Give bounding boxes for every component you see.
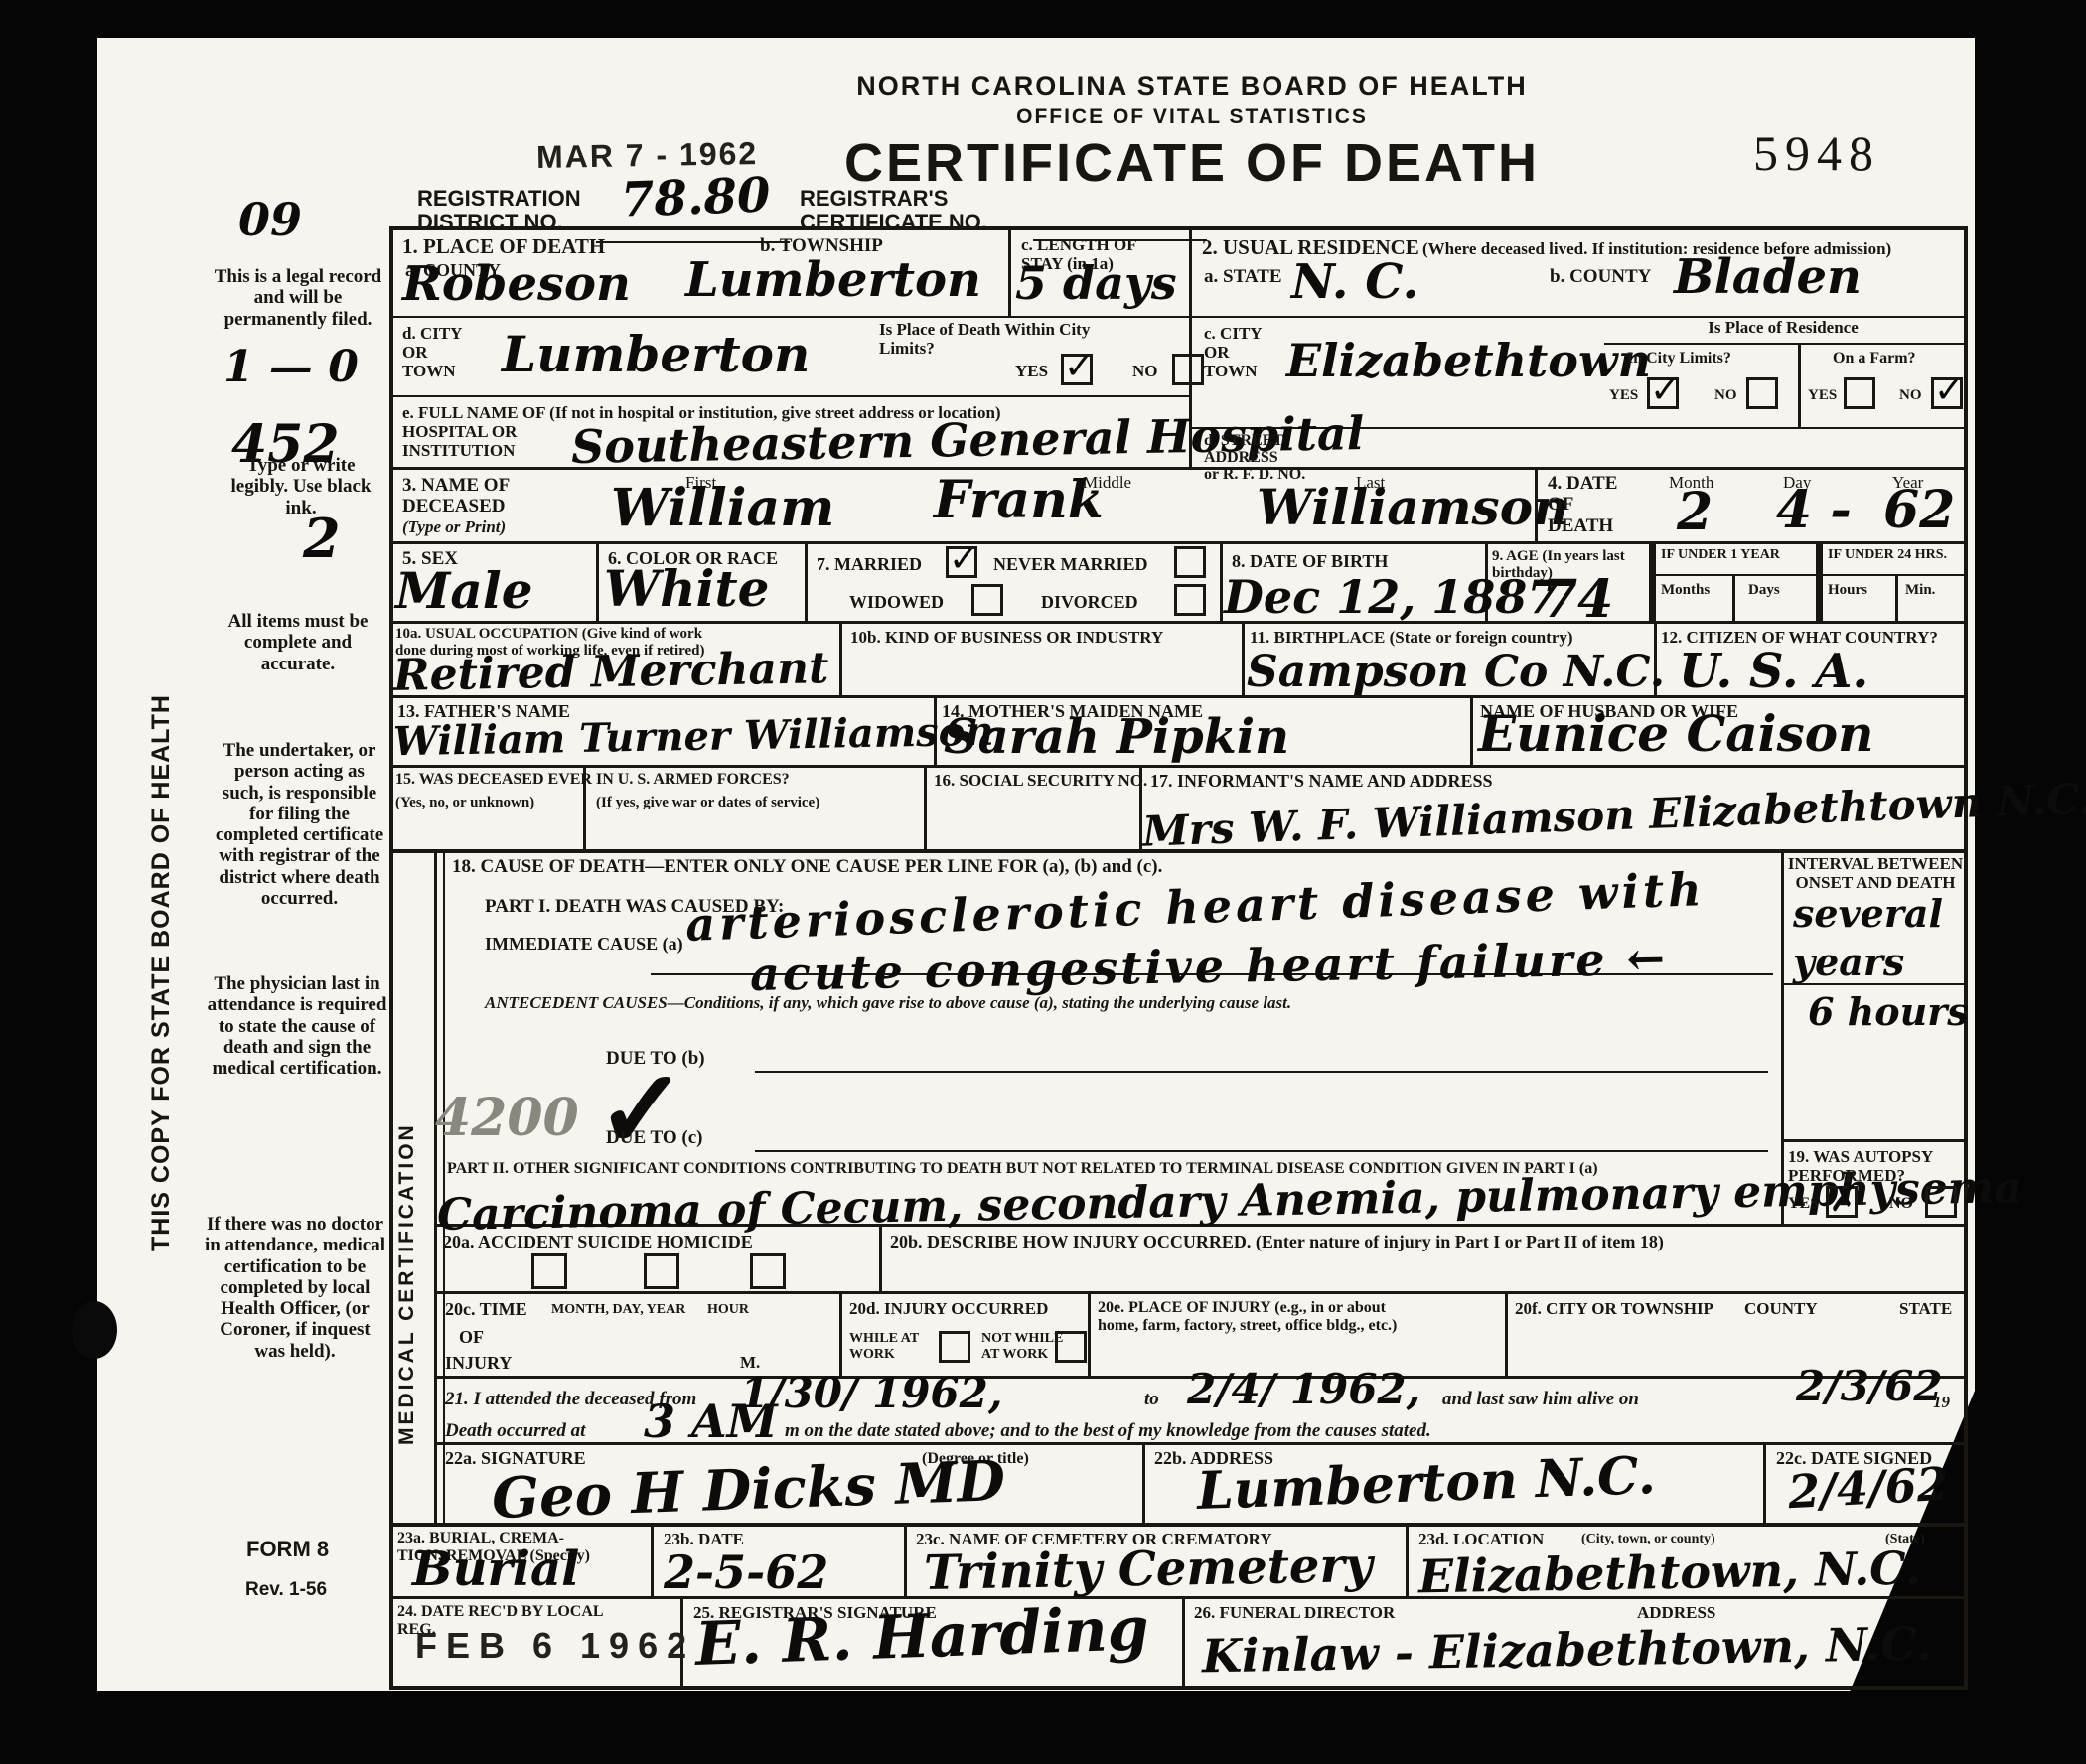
dod-year-value: 62	[1883, 485, 1955, 536]
divider	[389, 395, 1189, 397]
divider	[596, 541, 599, 621]
divider	[1505, 1291, 1508, 1376]
place-limits-yes-checkbox: ✓	[1061, 354, 1093, 385]
ssn-label: 16. SOCIAL SECURITY NO.	[934, 771, 1147, 790]
name-first-value: William	[611, 483, 834, 534]
place-limits-yes-label: YES	[1015, 362, 1048, 380]
accident-suicide-homicide-label: 20a. ACCIDENT SUICIDE HOMICIDE	[443, 1232, 753, 1251]
margin-note-no-doctor: If there was no doctor in attendance, me…	[203, 1214, 387, 1362]
residence-city-value: Elizabethtown	[1286, 338, 1651, 383]
margin-note-physician: The physician last in attendance is requ…	[207, 973, 387, 1079]
autopsy-no-checkbox	[1925, 1186, 1957, 1218]
date-received-stamp: FEB 6 1962	[415, 1625, 695, 1667]
divider	[434, 849, 437, 1523]
accident-checkbox	[531, 1253, 567, 1289]
name-note: (Type or Print)	[402, 517, 506, 536]
autopsy-label: 19. WAS AUTOPSY PERFORMED?	[1788, 1147, 1933, 1185]
divorced-label: DIVORCED	[1041, 592, 1138, 612]
cemetery-value: Trinity Cemetery	[924, 1542, 1373, 1597]
death-occurred-rest-label: m on the date stated above; and to the b…	[785, 1420, 1431, 1441]
death-certificate-scan: THIS COPY FOR STATE BOARD OF HEALTH 09 T…	[0, 0, 2086, 1764]
due-to-c-label: DUE TO (c)	[606, 1127, 702, 1148]
divider	[1798, 343, 1801, 427]
industry-label: 10b. KIND OF BUSINESS OR INDUSTRY	[850, 628, 1163, 647]
place-township-value: Lumberton	[685, 256, 981, 304]
days-label: Days	[1748, 582, 1780, 599]
margin-note-complete: All items must be complete and accurate.	[213, 611, 383, 674]
location-label: 23d. LOCATION	[1418, 1530, 1544, 1548]
place-county-value: Robeson	[402, 260, 631, 308]
margin-note-legal: This is a legal record and will be perma…	[211, 266, 385, 330]
father-value: William Turner Williamson	[393, 712, 994, 763]
mother-value: Sarah Pipkin	[944, 713, 1289, 761]
suicide-checkbox	[644, 1253, 679, 1289]
divider	[1964, 226, 1968, 1690]
residence-question: Is Place of Residence	[1609, 318, 1957, 337]
autopsy-yes-label: YES	[1788, 1195, 1819, 1213]
scan-edge-right	[1975, 0, 2086, 1764]
residence-city-no-checkbox	[1746, 377, 1778, 409]
time-sub-label: MONTH, DAY, YEAR	[551, 1302, 685, 1318]
interval-label: INTERVAL BETWEEN ONSET AND DEATH	[1786, 854, 1965, 892]
residence-city-yes-label: YES	[1609, 387, 1638, 404]
divider	[879, 1224, 882, 1291]
margin-handwritten-1-0: 1 — 0	[223, 346, 359, 389]
attended-to-label: to	[1144, 1389, 1159, 1409]
divider	[389, 621, 1968, 624]
attended-from-value: 1/30/ 1962,	[740, 1373, 1003, 1414]
divider	[389, 226, 1968, 230]
physician-signature-value: Geo H Dicks MD	[491, 1453, 1006, 1527]
burial-value: Burial	[412, 1545, 579, 1593]
scan-blob	[72, 1301, 117, 1359]
sex-value: Male	[395, 566, 533, 616]
married-checkbox: ✓	[946, 546, 977, 578]
while-at-work-label: WHILE AT WORK	[849, 1331, 919, 1362]
autopsy-no-label: NO	[1889, 1195, 1913, 1213]
divider	[1182, 1596, 1185, 1686]
married-label: 7. MARRIED	[817, 554, 922, 574]
spouse-value: Eunice Caison	[1478, 709, 1874, 759]
min-label: Min.	[1905, 582, 1935, 599]
time-hour-label: HOUR	[707, 1302, 749, 1318]
funeral-director-value: Kinlaw - Elizabethtown, N.C.	[1202, 1621, 1933, 1680]
date-signed-value: 2/4/62	[1787, 1461, 1950, 1515]
residence-county-label: b. COUNTY	[1550, 266, 1651, 287]
margin-note-undertaker: The undertaker, or person acting as such…	[212, 740, 387, 909]
funeral-director-address-label: ADDRESS	[1637, 1603, 1715, 1622]
divider	[904, 1523, 907, 1596]
margin-note-legible: Type or write legibly. Use black ink.	[221, 455, 381, 518]
widowed-label: WIDOWED	[849, 592, 944, 612]
residence-street-label: d. STREET ADDRESS or R. F. D. NO.	[1204, 433, 1305, 483]
place-limits-no-label: NO	[1132, 362, 1158, 380]
date-of-death-label: 4. DATE OF DEATH	[1548, 473, 1617, 536]
burial-date-value: 2-5-62	[664, 1549, 828, 1595]
homicide-checkbox	[750, 1253, 786, 1289]
margin-code-4200: 4200	[435, 1093, 579, 1144]
place-limits-question: Is Place of Death Within City Limits?	[879, 320, 1207, 358]
place-stay-value: 5 days	[1015, 260, 1177, 306]
autopsy-yes-checkbox: ✗	[1826, 1186, 1858, 1218]
scan-edge-left	[0, 0, 97, 1764]
birthplace-value: Sampson Co N.C.	[1247, 651, 1665, 694]
informant-label: 17. INFORMANT'S NAME AND ADDRESS	[1150, 771, 1493, 791]
registration-district-value: 78.80	[620, 171, 771, 223]
last-saw-19-label: 19	[1933, 1393, 1950, 1411]
form-revision: Rev. 1-56	[245, 1579, 327, 1600]
residence-farm-no-label: NO	[1899, 387, 1922, 404]
residence-city-yes-checkbox: ✓	[1647, 377, 1679, 409]
divider	[1816, 541, 1823, 621]
interval-value-2: 6 hours	[1808, 993, 1969, 1031]
divider	[1763, 1442, 1766, 1523]
residence-farm-yes-label: YES	[1808, 387, 1837, 404]
divider	[805, 541, 808, 621]
residence-in-city-label: In City Limits?	[1627, 350, 1731, 367]
divider	[1649, 574, 1968, 576]
divider	[1732, 574, 1735, 621]
place-of-injury-label: 20e. PLACE OF INJURY (e.g., in or about …	[1098, 1299, 1495, 1335]
margin-handwritten-2: 2	[303, 512, 341, 565]
residence-city-label: c. CITY OR TOWN	[1204, 324, 1263, 380]
funeral-director-label: 26. FUNERAL DIRECTOR	[1194, 1603, 1395, 1622]
death-time-value: 3 AM	[644, 1398, 778, 1444]
divider	[755, 1071, 1768, 1073]
divider	[389, 1686, 1968, 1690]
name-last-value: Williamson	[1257, 483, 1568, 532]
divorced-checkbox	[1174, 584, 1206, 616]
age-value: 74	[1542, 574, 1613, 626]
divider	[1142, 1442, 1145, 1523]
time-injury-label: INJURY	[445, 1353, 512, 1373]
injury-occurred-label: 20d. INJURY OCCURRED	[849, 1299, 1048, 1318]
citizen-value: U. S. A.	[1679, 648, 1868, 695]
certificate-title: CERTIFICATE OF DEATH	[815, 133, 1569, 193]
injury-state-label: STATE	[1899, 1299, 1952, 1318]
divider	[839, 621, 842, 695]
residence-state-value: N. C.	[1291, 258, 1418, 306]
divider	[1895, 574, 1898, 621]
physician-address-value: Lumberton N.C.	[1196, 1450, 1656, 1518]
dob-label: 8. DATE OF BIRTH	[1232, 551, 1388, 571]
residence-state-label: a. STATE	[1204, 266, 1282, 287]
scan-edge-top	[0, 0, 2086, 38]
header-office: OFFICE OF VITAL STATISTICS	[695, 105, 1689, 129]
antecedent-label: ANTECEDENT CAUSES—Conditions, if any, wh…	[485, 993, 1746, 1012]
interval-value-1: several years	[1793, 889, 1943, 987]
margin-vertical-text: THIS COPY FOR STATE BOARD OF HEALTH	[147, 616, 191, 1251]
immediate-cause-label: IMMEDIATE CAUSE (a)	[485, 934, 683, 954]
time-of-injury-label: 20c. TIME	[445, 1299, 527, 1319]
registrar-signature-value: E. R. Harding	[694, 1599, 1149, 1675]
name-middle-value: Frank	[934, 475, 1104, 526]
divider	[1088, 1291, 1091, 1376]
race-value: White	[604, 564, 769, 614]
never-married-checkbox	[1174, 546, 1206, 578]
last-saw-value: 2/3/62	[1796, 1366, 1943, 1407]
dod-day-value: 4 -	[1776, 485, 1852, 536]
not-while-at-work-label: NOT WHILE AT WORK	[981, 1331, 1063, 1362]
divider	[1008, 226, 1011, 316]
months-label: Months	[1661, 582, 1710, 599]
widowed-checkbox	[971, 584, 1003, 616]
divider	[1406, 1523, 1409, 1596]
divider	[1604, 343, 1968, 345]
location-value: Elizabethtown, N.C.	[1418, 1545, 1922, 1600]
divider	[1220, 541, 1223, 621]
armed-forces-note1: (Yes, no, or unknown)	[395, 795, 534, 811]
residence-city-no-label: NO	[1714, 387, 1737, 404]
form-number: FORM 8	[246, 1538, 329, 1562]
dod-month-value: 2	[1677, 487, 1713, 538]
divider	[389, 226, 393, 1690]
never-married-label: NEVER MARRIED	[993, 554, 1148, 574]
divider	[389, 765, 1968, 768]
armed-forces-label: 15. WAS DECEASED EVER IN U. S. ARMED FOR…	[395, 771, 790, 789]
cause-of-death-header: 18. CAUSE OF DEATH—ENTER ONLY ONE CAUSE …	[452, 856, 1162, 877]
attended-to-value: 2/4/ 1962,	[1187, 1369, 1420, 1410]
armed-forces-note2: (If yes, give war or dates of service)	[596, 795, 914, 811]
not-while-at-work-checkbox	[1055, 1331, 1087, 1363]
while-at-work-checkbox	[939, 1331, 970, 1363]
injury-city-label: 20f. CITY OR TOWNSHIP	[1515, 1299, 1713, 1318]
under-24-hrs-label: IF UNDER 24 HRS.	[1828, 547, 1947, 563]
divider	[1781, 1139, 1968, 1142]
divider	[434, 1291, 1968, 1294]
divider	[924, 765, 927, 849]
medical-certification-strip: MEDICAL CERTIFICATION	[395, 939, 431, 1445]
hours-label: Hours	[1828, 582, 1867, 599]
place-limits-no-checkbox	[1172, 354, 1204, 385]
divider	[1784, 983, 1968, 985]
divider	[755, 1150, 1768, 1152]
residence-farm-yes-checkbox	[1844, 377, 1875, 409]
divider	[1649, 541, 1656, 621]
residence-county-value: Bladen	[1674, 253, 1862, 301]
residence-farm-no-checkbox: ✓	[1931, 377, 1963, 409]
death-occurred-label: Death occurred at	[445, 1420, 585, 1441]
place-city-label: d. CITY OR TOWN	[402, 324, 462, 380]
divider	[651, 1523, 654, 1596]
injury-county-label: COUNTY	[1744, 1299, 1818, 1318]
divider	[1470, 695, 1473, 765]
birthplace-label: 11. BIRTHPLACE (State or foreign country…	[1250, 628, 1647, 647]
header-board: NORTH CAROLINA STATE BOARD OF HEALTH	[695, 72, 1689, 101]
place-city-value: Lumberton	[502, 330, 810, 379]
scan-edge-bottom	[0, 1691, 2086, 1764]
certificate-serial-number: 5948	[1753, 125, 1880, 181]
divider	[839, 1291, 842, 1376]
name-label: 3. NAME OF DECEASED	[402, 475, 510, 517]
divider	[1242, 621, 1245, 695]
divider	[389, 541, 1968, 544]
occupation-value: Retired Merchant	[393, 647, 829, 698]
margin-handwritten-09: 09	[238, 197, 302, 242]
last-saw-label: and last saw him alive on	[1442, 1389, 1639, 1409]
place-of-death-title: 1. PLACE OF DEATH	[402, 235, 605, 259]
describe-injury-label: 20b. DESCRIBE HOW INJURY OCCURRED. (Ente…	[890, 1232, 1953, 1251]
time-of-label: OF	[459, 1327, 484, 1347]
residence-on-farm-label: On a Farm?	[1833, 350, 1916, 367]
under-1-year-label: IF UNDER 1 YEAR	[1661, 547, 1780, 563]
